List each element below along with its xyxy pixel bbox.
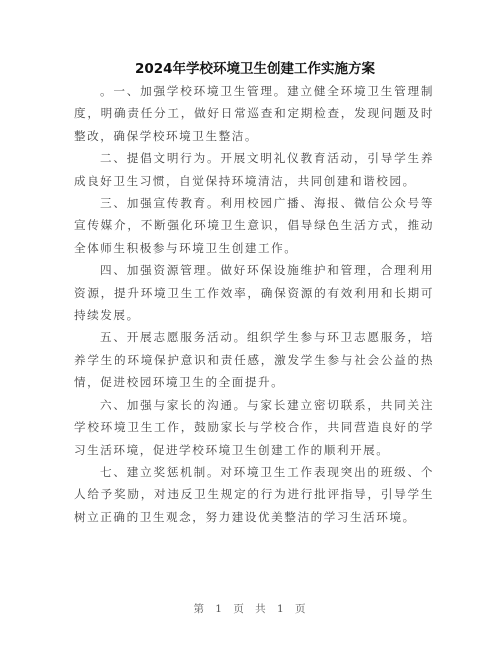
document-page: 2024年学校环境卫生创建工作实施方案 。一、加强学校环境卫生管理。建立健全环境… xyxy=(0,0,502,649)
paragraph-3: 三、加强宣传教育。利用校园广播、海报、微信公众号等宣传媒介，不断强化环境卫生意识… xyxy=(74,192,434,259)
paragraph-7: 七、建立奖惩机制。对环境卫生工作表现突出的班级、个人给予奖励，对违反卫生规定的行… xyxy=(74,461,434,528)
paragraph-1: 。一、加强学校环境卫生管理。建立健全环境卫生管理制度，明确责任分工，做好日常巡查… xyxy=(74,80,434,147)
page-number-footer: 第 1 页 共 1 页 xyxy=(0,601,502,616)
paragraph-5: 五、开展志愿服务活动。组织学生参与环卫志愿服务，培养学生的环境保护意识和责任感，… xyxy=(74,326,434,393)
paragraph-4: 四、加强资源管理。做好环保设施维护和管理，合理利用资源，提升环境卫生工作效率，确… xyxy=(74,259,434,326)
paragraph-2: 二、提倡文明行为。开展文明礼仪教育活动，引导学生养成良好卫生习惯，自觉保持环境清… xyxy=(74,147,434,192)
document-body: 。一、加强学校环境卫生管理。建立健全环境卫生管理制度，明确责任分工，做好日常巡查… xyxy=(74,80,434,528)
paragraph-6: 六、加强与家长的沟通。与家长建立密切联系，共同关注学校环境卫生工作，鼓励家长与学… xyxy=(74,394,434,461)
document-title: 2024年学校环境卫生创建工作实施方案 xyxy=(0,59,502,79)
